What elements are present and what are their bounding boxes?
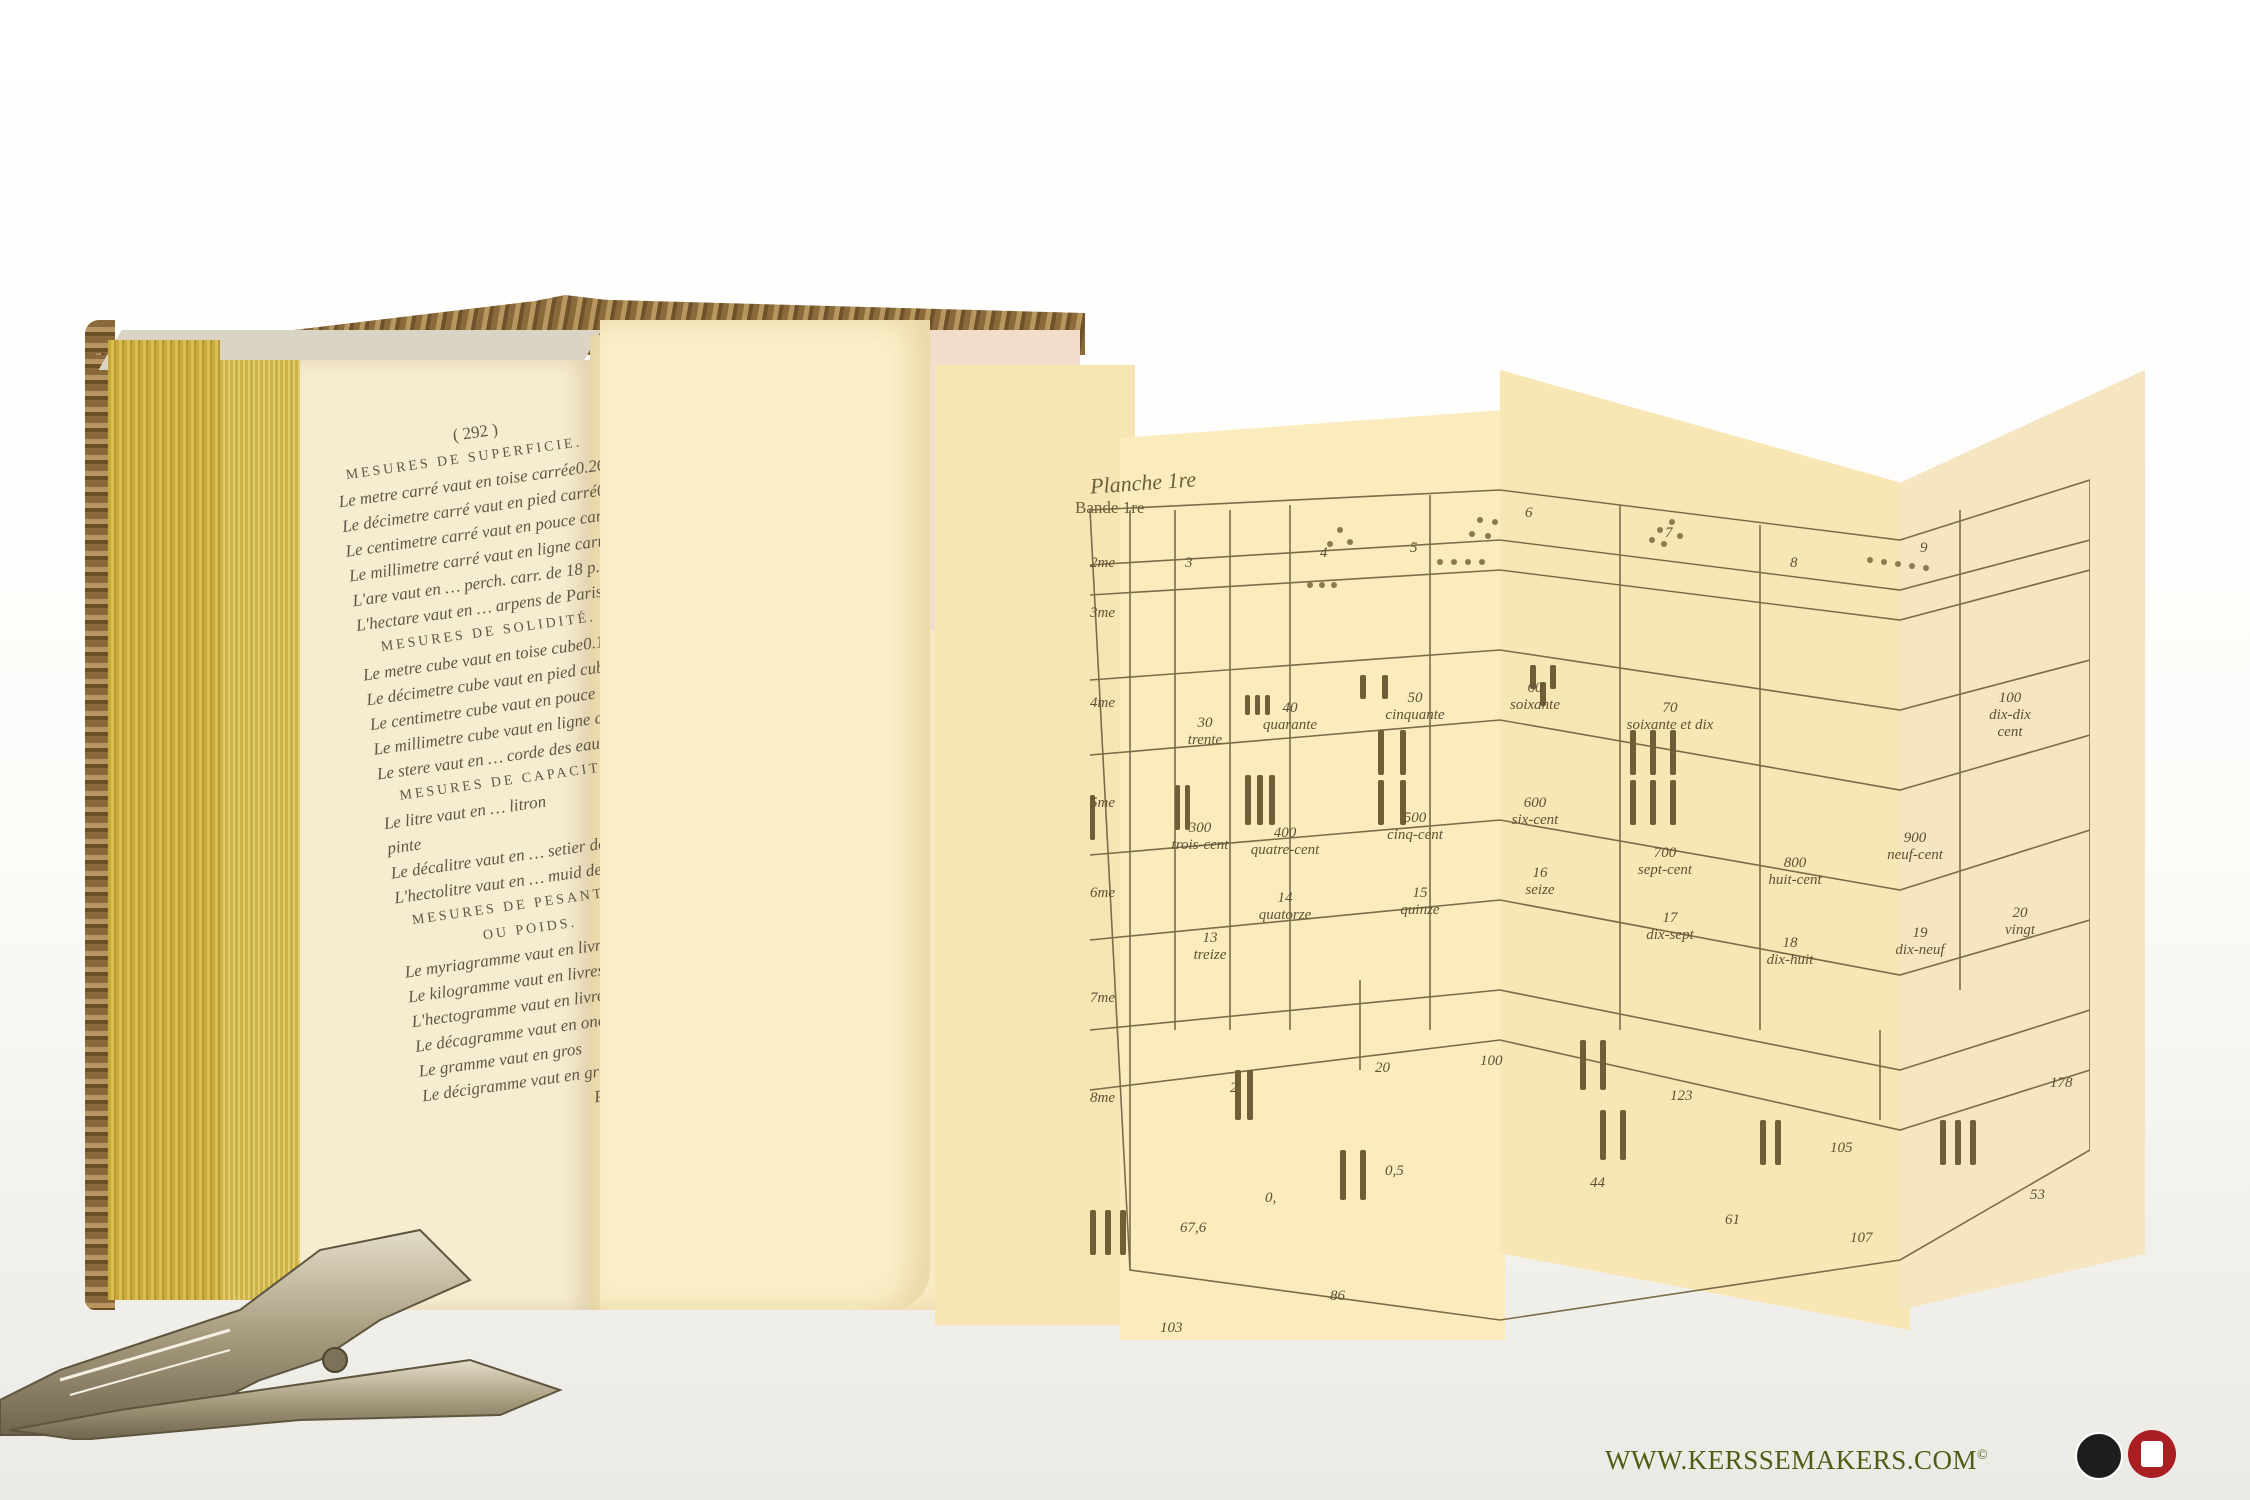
teens-cell: 17dix-sept — [1630, 910, 1710, 944]
teens-cell: 19dix-neuf — [1880, 925, 1960, 959]
gilt-page-edge — [108, 340, 220, 1300]
hundreds-cell: 800huit-cent — [1750, 855, 1840, 889]
hundreds-cell: 500cinq-cent — [1370, 810, 1460, 844]
tens-cell: 50cinquante — [1370, 690, 1460, 724]
cell-number: 7 — [1665, 525, 1673, 542]
tens-cell: 70soixante et dix — [1615, 700, 1725, 734]
row-label: 5me — [1090, 795, 1115, 812]
amor-librorum-logo — [2128, 1430, 2176, 1478]
hundreds-cell: 600six-cent — [1490, 795, 1580, 829]
example-result: 67,6 — [1180, 1220, 1206, 1237]
example-result: 0, — [1265, 1190, 1276, 1207]
example-result: 44 — [1590, 1175, 1605, 1192]
cell-number: 6 — [1525, 505, 1533, 522]
row-label: 8me — [1090, 1090, 1115, 1107]
teens-cell: 18dix-huit — [1750, 935, 1830, 969]
hand-shaped-metal-clip — [0, 1210, 580, 1440]
cell-number: 4 — [1320, 545, 1328, 562]
example-result: 86 — [1330, 1288, 1345, 1305]
example-result: 61 — [1725, 1212, 1740, 1229]
example-result: 0,5 — [1385, 1163, 1404, 1180]
plate-grid — [1060, 470, 2090, 1350]
blank-curled-page — [600, 320, 930, 1310]
cell-number: 9 — [1920, 540, 1928, 557]
teens-cell: 13treize — [1175, 930, 1245, 964]
row-label: 7me — [1090, 990, 1115, 1007]
gilt-page-edge-inner — [220, 360, 300, 1300]
tens-cell: 100dix-dix cent — [1975, 690, 2045, 741]
antiquarian-association-logo — [2075, 1432, 2123, 1480]
teens-cell: 15quinze — [1385, 885, 1455, 919]
example-result: 178 — [2050, 1075, 2073, 1092]
example-result: 123 — [1670, 1088, 1693, 1105]
tens-cell: 60soixante — [1495, 680, 1575, 714]
tens-cell: 40quarante — [1250, 700, 1330, 734]
example-result: 107 — [1850, 1230, 1873, 1247]
row-label: 6me — [1090, 885, 1115, 902]
example-result: 20 — [1375, 1060, 1390, 1077]
hundreds-cell: 900neuf-cent — [1870, 830, 1960, 864]
example-result: 105 — [1830, 1140, 1853, 1157]
teens-cell: 20vingt — [1990, 905, 2050, 939]
teens-cell: 14quatorze — [1245, 890, 1325, 924]
cell-number: 8 — [1790, 555, 1798, 572]
row-label: 3me — [1090, 605, 1115, 622]
row-label: 4me — [1090, 695, 1115, 712]
hundreds-cell: 300trois-cent — [1160, 820, 1240, 854]
example-result: 53 — [2030, 1187, 2045, 1204]
example-result: 2 — [1230, 1080, 1238, 1097]
teens-cell: 16seize — [1510, 865, 1570, 899]
tens-cell: 30trente — [1175, 715, 1235, 749]
cell-number: 3 — [1185, 555, 1193, 572]
hundreds-cell: 700sept-cent — [1620, 845, 1710, 879]
hundreds-cell: 400quatre-cent — [1235, 825, 1335, 859]
cell-number: 5 — [1410, 540, 1418, 557]
example-result: 103 — [1160, 1320, 1183, 1337]
example-result: 100 — [1480, 1053, 1503, 1070]
row-label: 2me — [1090, 555, 1115, 572]
watermark-url: WWW.KERSSEMAKERS.COM© — [1605, 1445, 1988, 1476]
band-label: Bande 1re — [1075, 498, 1144, 518]
